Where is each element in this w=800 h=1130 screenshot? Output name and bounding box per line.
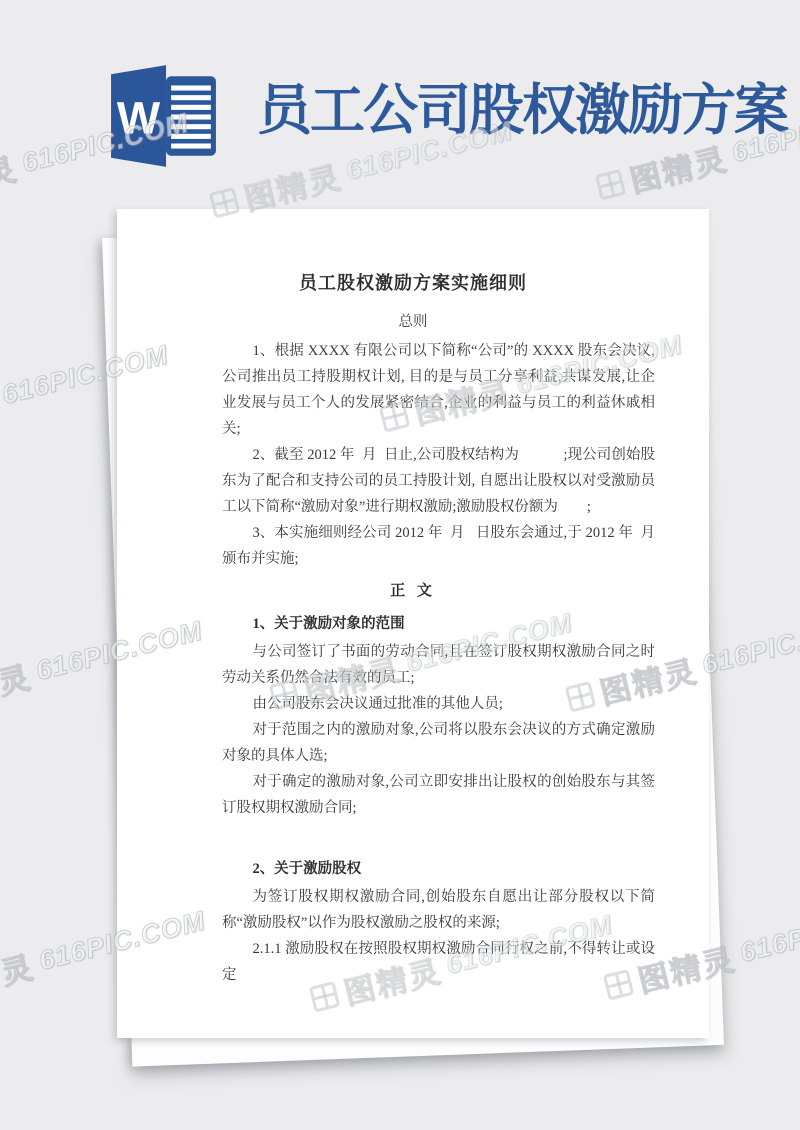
page-background: W 员工公司股权激励方案 员工股权激励方案实施细则 总则 1、根据 XXXX 有… <box>0 0 800 1130</box>
section-heading: 1、关于激励对象的范围 <box>222 614 655 634</box>
paragraph: 2、截至 2012 年 月 日止,公司股权结构为 ;现公司创始股东为了配合和支持… <box>222 442 655 520</box>
paragraph: 1、根据 XXXX 有限公司以下简称“公司”的 XXXX 股东会决议,公司推出员… <box>222 338 655 442</box>
paragraph: 为签订股权期权激励合同,创始股东自愿出让部分股权以下简称“激励股权”以作为股权激… <box>222 884 655 936</box>
document-title: 员工股权激励方案实施细则 <box>117 271 709 295</box>
document-subtitle: 总则 <box>117 309 709 335</box>
page-title: 员工公司股权激励方案 <box>257 80 787 142</box>
document-page[interactable]: 员工股权激励方案实施细则 总则 1、根据 XXXX 有限公司以下简称“公司”的 … <box>117 209 709 1038</box>
watermark-site: 616PIC.COM <box>737 898 800 969</box>
watermark-brand: 图精灵 <box>0 376 1 444</box>
paragraph: 2.1.1 激励股权在按照股权期权激励合同行权之前,不得转让或设定 <box>222 936 655 988</box>
word-icon: W <box>108 64 220 168</box>
paragraph: 对于范围之内的激励对象,公司将以股东会决议的方式确定激励对象的具体人选; <box>222 717 655 769</box>
section-heading: 2、关于激励股权 <box>222 859 655 879</box>
document-body-label: 正 文 <box>117 579 709 603</box>
watermark-brand: 图精灵 <box>0 652 35 720</box>
watermark-brand: 图精灵 <box>0 942 38 1010</box>
paragraph: 对于确定的激励对象,公司立即安排出让股权的创始股东与其签订股权期权激励合同; <box>222 769 655 821</box>
paragraph: 由公司股东会决议通过批准的其他人员; <box>222 691 655 717</box>
site-header: W 员工公司股权激励方案 <box>0 0 800 210</box>
watermark-site: 616PIC.COM <box>699 610 800 681</box>
word-letter: W <box>117 92 161 143</box>
paragraph: 3、本实施细则经公司 2012 年 月 日股东会通过,于 2012 年 月 颁布… <box>222 520 655 572</box>
paragraph: 与公司签订了书面的劳动合同,且在签订股权期权激励合同之时劳动关系仍然合法有效的员… <box>222 639 655 691</box>
